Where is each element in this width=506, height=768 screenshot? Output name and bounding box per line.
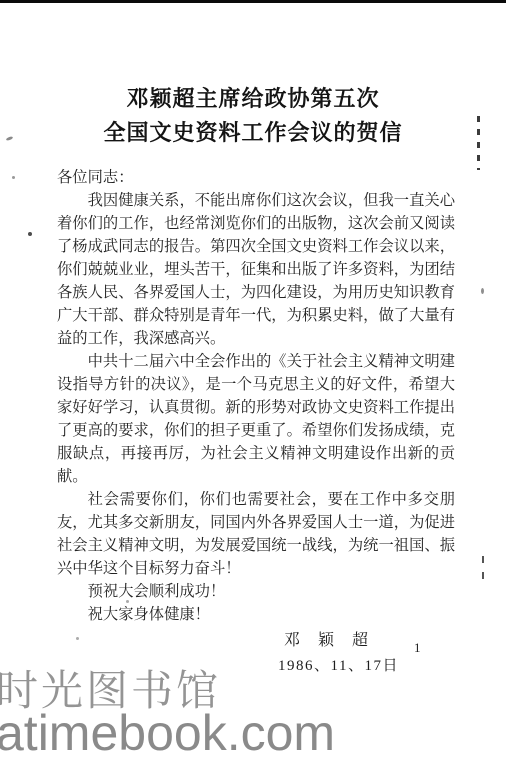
body-paragraph-3: 社会需要你们，你们也需要社会，要在工作中多交朋友，尤其多交新朋友，同国内外各界爱…	[57, 488, 455, 580]
scan-speck	[481, 288, 484, 294]
signature: 邓 颖 超	[57, 629, 455, 652]
closing-wish-2: 祝大家身体健康！	[57, 603, 455, 626]
body-paragraph-2: 中共十二届六中全会作出的《关于社会主义精神文明建设指导方针的决议》，是一个马克思…	[57, 350, 455, 488]
scan-edge-artifact	[482, 556, 484, 586]
scan-speck	[12, 176, 15, 179]
scan-edge-artifact	[477, 116, 480, 170]
scanned-book-page: 邓颖超主席给政协第五次 全国文史资料工作会议的贺信 各位同志： 我因健康关系，不…	[0, 0, 506, 768]
title-line-1: 邓颖超主席给政协第五次	[0, 82, 506, 116]
scan-speck	[28, 232, 32, 236]
body-paragraph-1: 我因健康关系，不能出席你们这次会议，但我一直关心着你们的工作，也经常浏览你们的出…	[57, 189, 455, 350]
page-top-edge	[0, 0, 506, 3]
watermark-site-url: atimebook.com	[0, 704, 335, 762]
letter-body: 各位同志： 我因健康关系，不能出席你们这次会议，但我一直关心着你们的工作，也经常…	[57, 166, 455, 678]
title-line-2: 全国文史资料工作会议的贺信	[0, 116, 506, 150]
closing-wish-1: 预祝大会顺利成功！	[57, 580, 455, 603]
page-number: 1	[414, 640, 421, 656]
letter-title: 邓颖超主席给政协第五次 全国文史资料工作会议的贺信	[0, 82, 506, 150]
scan-speck	[126, 600, 129, 603]
scan-speck	[76, 637, 79, 640]
salutation: 各位同志：	[57, 166, 455, 189]
